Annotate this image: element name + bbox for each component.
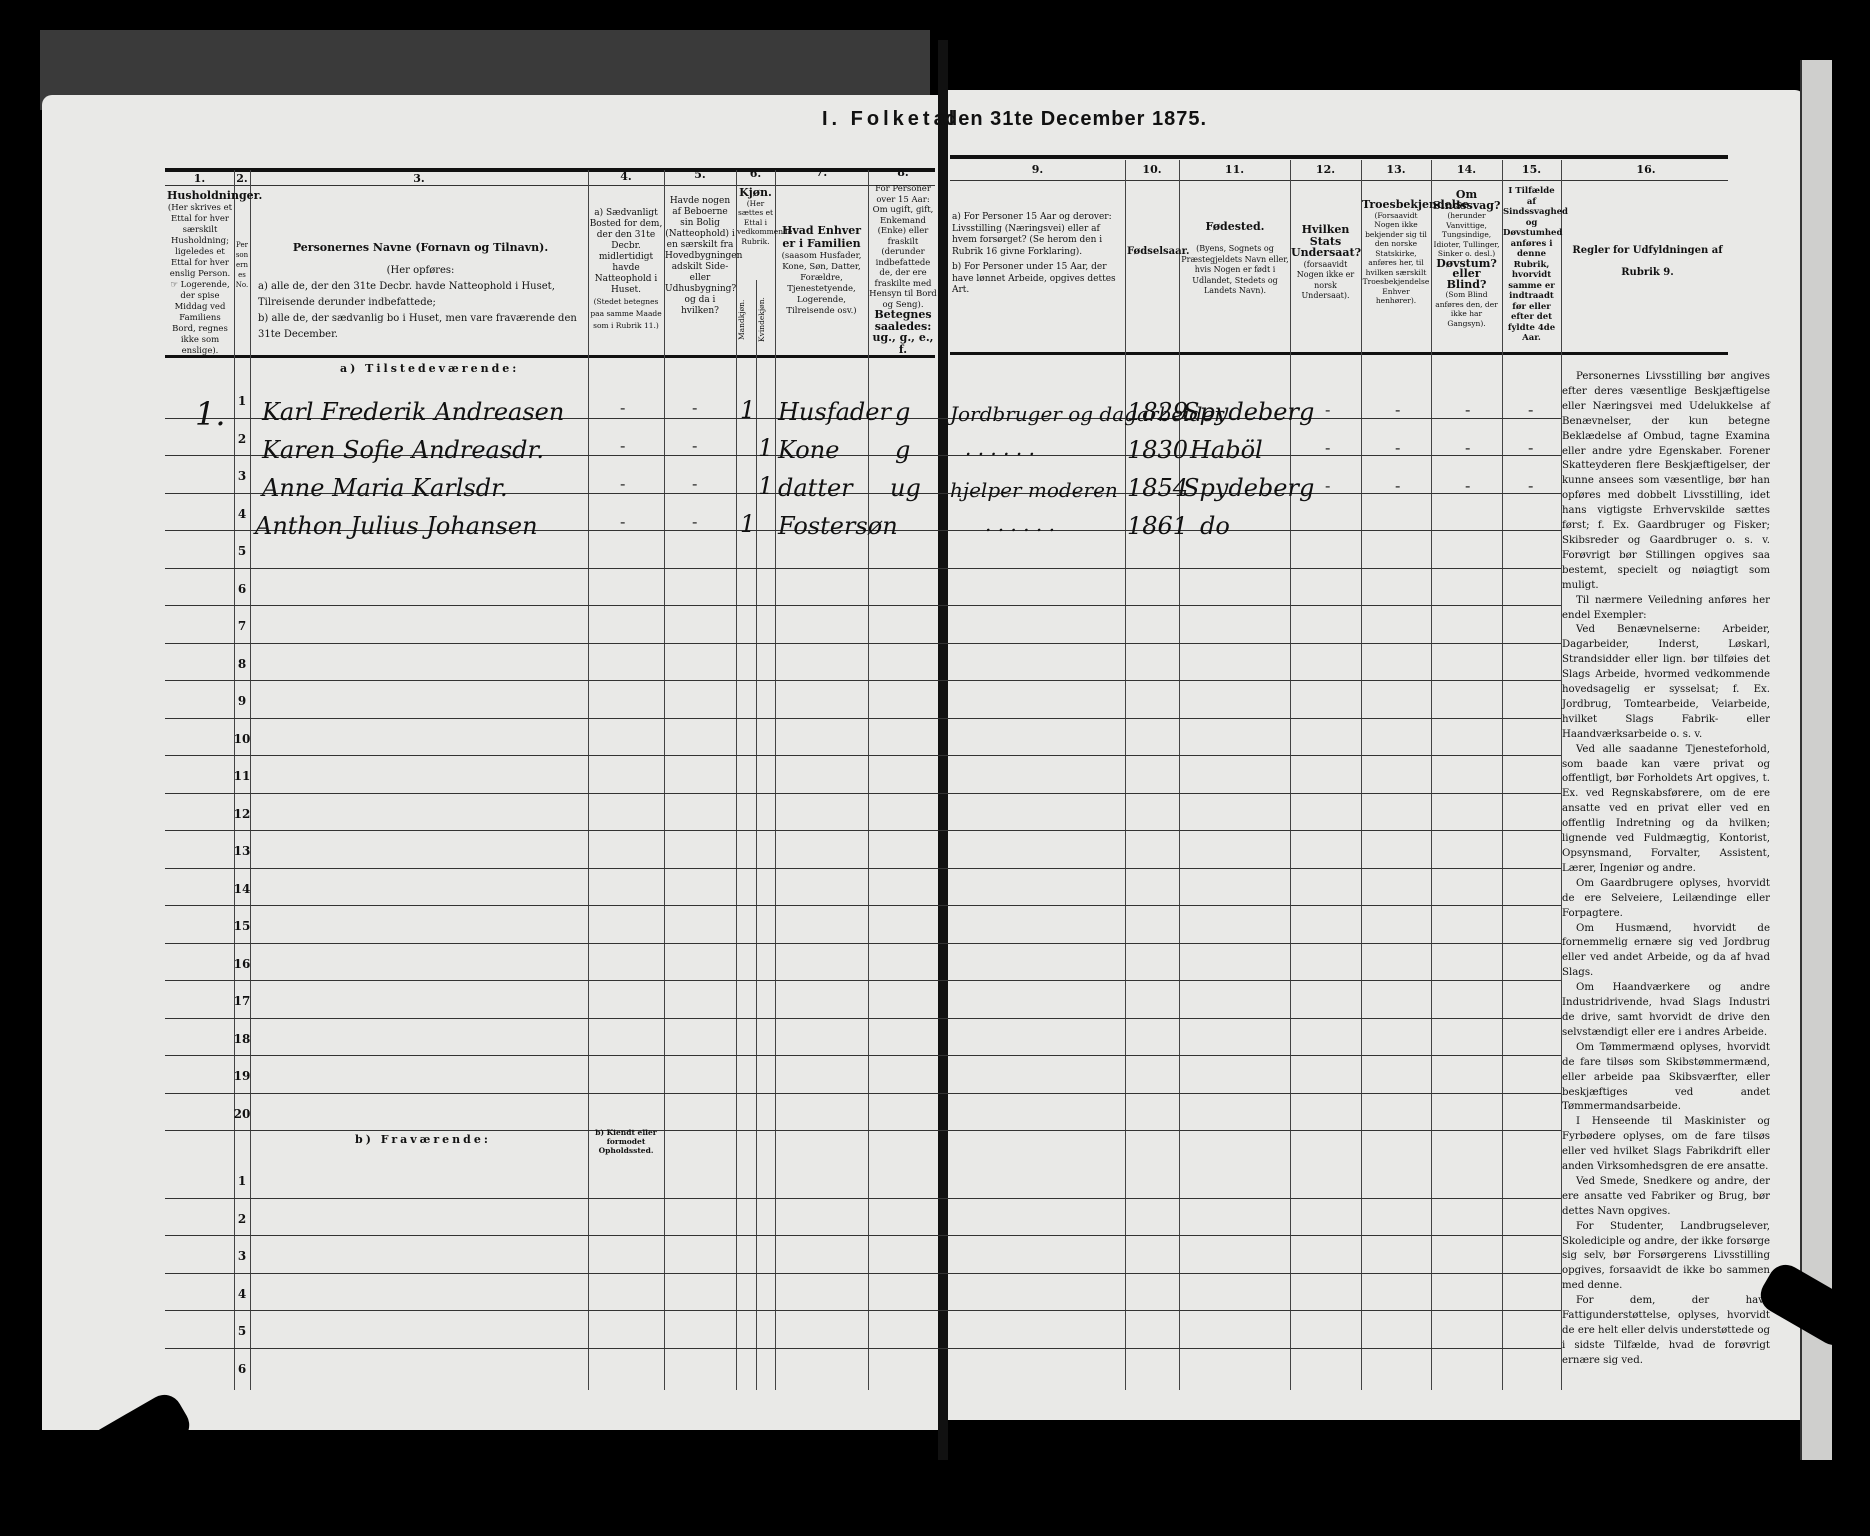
- row-rule: [165, 755, 1561, 756]
- birth-year: 1829: [1127, 398, 1188, 426]
- header-col3: Personernes Navne (Fornavn og Tilnavn). …: [258, 240, 583, 343]
- row-number: 18: [232, 1032, 252, 1046]
- header-col3-title: Personernes Navne (Fornavn og Tilnavn).: [293, 241, 548, 254]
- row-number: 13: [232, 844, 252, 858]
- header-col11: Fødested. (Byens, Sognets og Præstegjeld…: [1181, 222, 1289, 297]
- occupation: . . . . . .: [985, 512, 1055, 536]
- absent-row-number: 6: [232, 1362, 252, 1376]
- birthplace: Haböl: [1190, 436, 1263, 464]
- column-number-11: 11.: [1179, 163, 1290, 176]
- male-mark: 1: [740, 510, 755, 538]
- row-number: 2: [232, 432, 252, 446]
- row-rule: [165, 643, 1561, 644]
- row-number: 17: [232, 994, 252, 1008]
- header-col8: For Personer over 15 Aar: Om ugift, gift…: [869, 184, 937, 356]
- book-gutter: [938, 40, 948, 1460]
- column-number-12: 12.: [1290, 163, 1361, 176]
- regler-paragraph: Til nærmere Veiledning anføres her endel…: [1562, 594, 1770, 624]
- column-number-8: 8.: [868, 166, 938, 179]
- col12-value: -: [1325, 476, 1330, 495]
- header-col6: Kjøn. (Her sættes et Ettal i vedkommende…: [737, 188, 774, 246]
- col-divider-12: [1361, 160, 1362, 1390]
- col-divider-6: [775, 170, 776, 1390]
- row-number: 16: [232, 957, 252, 971]
- regler-paragraph: For dem, der have Fattigunderstøttelse, …: [1562, 1294, 1770, 1369]
- column-number-13: 13.: [1361, 163, 1431, 176]
- regler-paragraph: Ved Smede, Snedkere og andre, der ere an…: [1562, 1175, 1770, 1220]
- col13-value: -: [1395, 476, 1400, 495]
- col-divider-3: [588, 170, 589, 1390]
- title-left: I. Folketal: [822, 108, 958, 131]
- col5-value: -: [692, 436, 697, 455]
- colnum-rule-right: [950, 180, 1728, 181]
- row-rule: [165, 1055, 1561, 1056]
- person-name: Anne Maria Karlsdr.: [262, 474, 508, 502]
- header-col6-male: Mandkjøn.: [736, 290, 756, 350]
- marital-status: g: [895, 398, 910, 426]
- col4-value: -: [620, 398, 625, 417]
- column-number-9: 9.: [950, 163, 1125, 176]
- marital-status: ug: [890, 474, 921, 502]
- header-col3-a: a) alle de, der den 31te Decbr. havde Na…: [258, 279, 583, 311]
- row-rule: [165, 605, 1561, 606]
- row-rule: [165, 568, 1561, 569]
- col15-value: -: [1528, 438, 1533, 457]
- regler-paragraph: Personernes Livsstilling bør angives eft…: [1562, 370, 1770, 594]
- col-divider-6a: [756, 280, 757, 1390]
- absent-row-rule: [165, 1310, 1561, 1311]
- row-number: 8: [232, 657, 252, 671]
- col5-value: -: [692, 474, 697, 493]
- header-col1-title: Husholdninger.: [167, 189, 262, 202]
- col-divider-10: [1179, 160, 1180, 1390]
- regler-paragraph: For Studenter, Landbrugselever, Skoledic…: [1562, 1220, 1770, 1295]
- header-col2: Personernes No.: [235, 240, 249, 290]
- header-col16: Regler for Udfyldningen af Rubrik 9.: [1570, 240, 1725, 284]
- absent-row-number: 1: [232, 1174, 252, 1188]
- row-number: 12: [232, 807, 252, 821]
- male-mark: 1: [740, 396, 755, 424]
- absent-row-number: 2: [232, 1212, 252, 1226]
- column-number-1: 1.: [165, 172, 234, 185]
- row-number: 15: [232, 919, 252, 933]
- header-col3-b: b) alle de, der sædvanlig bo i Huset, me…: [258, 311, 583, 343]
- row-number: 10: [232, 732, 252, 746]
- header-col11-text: (Byens, Sognets og Præstegjeldets Navn e…: [1181, 244, 1288, 295]
- column-number-3: 3.: [250, 172, 588, 185]
- row-rule: [165, 943, 1561, 944]
- occupation: . . . . . .: [965, 436, 1035, 460]
- col-divider-13: [1431, 160, 1432, 1390]
- row-rule: [165, 1130, 1561, 1131]
- column-number-4: 4.: [588, 170, 664, 183]
- col-divider-14: [1502, 160, 1503, 1390]
- col4-value: -: [620, 436, 625, 455]
- header-col9-a: a) For Personer 15 Aar og derover: Livss…: [952, 212, 1122, 258]
- row-rule: [165, 980, 1561, 981]
- header-col7: Hvad Enhver er i Familien (saasom Husfad…: [776, 225, 867, 317]
- page-stack-edge: [1800, 60, 1832, 1460]
- row-number: 20: [232, 1107, 252, 1121]
- col-divider-5: [736, 170, 737, 1390]
- regler-paragraph: Ved alle saadanne Tjenesteforhold, som b…: [1562, 743, 1770, 877]
- birthplace: Spydeberg: [1183, 474, 1314, 502]
- absent-row-rule: [165, 1273, 1561, 1274]
- header-col15: I Tilfælde af Sindssvaghed og Døvstumhed…: [1503, 186, 1560, 344]
- column-number-10: 10.: [1125, 163, 1179, 176]
- col14-value: -: [1465, 400, 1470, 419]
- header-col9: a) For Personer 15 Aar og derover: Livss…: [952, 212, 1122, 297]
- header-col14-note: (Som Blind anføres den, der ikke har Gan…: [1435, 290, 1498, 328]
- female-mark: 1: [758, 434, 773, 462]
- row-number: 9: [232, 694, 252, 708]
- column-number-15: 15.: [1502, 163, 1561, 176]
- birth-year: 1830: [1127, 436, 1188, 464]
- header-bottom-rule-left: [165, 355, 935, 358]
- header-col13: Troesbekjendelse. (Forsaavidt Nogen ikke…: [1362, 200, 1430, 306]
- column-number-7: 7.: [775, 166, 868, 179]
- regler-paragraph: Om Haandværkere og andre Industridrivend…: [1562, 981, 1770, 1041]
- absent-row-number: 5: [232, 1324, 252, 1338]
- header-col6-title: Kjøn.: [739, 186, 772, 199]
- row-rule: [165, 830, 1561, 831]
- family-role: datter: [778, 474, 853, 502]
- col13-value: -: [1395, 400, 1400, 419]
- header-top-rule-right: [950, 155, 1728, 159]
- header-col7-title: Hvad Enhver er i Familien: [782, 224, 861, 250]
- row-rule: [165, 868, 1561, 869]
- absent-row-rule: [165, 1235, 1561, 1236]
- col12-value: -: [1325, 400, 1330, 419]
- col-divider-4: [664, 170, 665, 1390]
- row-number: 3: [232, 469, 252, 483]
- female-mark: 1: [758, 472, 773, 500]
- header-col7-text: (saasom Husfader, Kone, Søn, Datter, For…: [782, 251, 862, 316]
- family-role: Husfader: [778, 398, 891, 426]
- absent-row-number: 3: [232, 1249, 252, 1263]
- family-role: Fostersøn: [778, 512, 898, 540]
- row-rule: [165, 1093, 1561, 1094]
- person-name: Karen Sofie Andreasdr.: [262, 436, 544, 464]
- header-col5: Havde nogen af Beboerne sin Bolig (Natte…: [665, 196, 735, 317]
- section-absent-label: b) Fraværende:: [355, 1133, 491, 1146]
- col14-value: -: [1465, 438, 1470, 457]
- col15-value: -: [1528, 400, 1533, 419]
- person-name: Anthon Julius Johansen: [255, 512, 538, 540]
- regler-paragraph: I Henseende til Maskinister og Fyrbødere…: [1562, 1115, 1770, 1175]
- row-number: 19: [232, 1069, 252, 1083]
- section-present-label: a) Tilstedeværende:: [340, 362, 519, 375]
- column-number-16: 16.: [1561, 163, 1731, 176]
- col13-value: -: [1395, 438, 1400, 457]
- header-col14-title2: Døvstum? eller Blind?: [1436, 257, 1497, 291]
- column-number-6: 6.: [736, 167, 775, 180]
- row-number: 7: [232, 619, 252, 633]
- col4-value: -: [620, 474, 625, 493]
- row-number: 5: [232, 544, 252, 558]
- column-number-5: 5.: [664, 168, 736, 181]
- household-number: 1.: [195, 395, 226, 433]
- header-col14: Om Sindssvag? (herunder Vanvittige, Tung…: [1432, 190, 1501, 328]
- col5-value: -: [692, 512, 697, 531]
- absent-col4-label: b) Kiendt eller formodet Opholdssted.: [590, 1128, 662, 1155]
- birthplace: do: [1200, 512, 1230, 540]
- title-right: den 31te December 1875.: [945, 108, 1207, 131]
- header-col12: Hvilken Stats Undersaat? (forsaavidt Nog…: [1291, 225, 1360, 302]
- column-number-2: 2.: [234, 172, 250, 185]
- absent-row-rule: [165, 1198, 1561, 1199]
- col5-value: -: [692, 398, 697, 417]
- family-role: Kone: [778, 436, 839, 464]
- header-col9-b: b) For Personer under 15 Aar, der have l…: [952, 262, 1122, 297]
- col-divider-11: [1290, 160, 1291, 1390]
- row-number: 14: [232, 882, 252, 896]
- row-number: 11: [232, 769, 252, 783]
- regler-text: Personernes Livsstilling bør angives eft…: [1562, 370, 1770, 1369]
- regler-paragraph: Ved Benævnelserne: Arbeider, Dagarbeider…: [1562, 623, 1770, 742]
- header-col1-note: ☞ Logerende, der spise Middag ved Famili…: [170, 280, 229, 356]
- header-col1: Husholdninger. (Her skrives et Ettal for…: [167, 190, 233, 357]
- header-col14-title: Om Sindssvag?: [1433, 188, 1501, 212]
- regler-paragraph: Om Tømmermænd oplyses, hvorvidt de fare …: [1562, 1041, 1770, 1116]
- regler-paragraph: Om Gaardbrugere oplyses, hvorvidt de ere…: [1562, 877, 1770, 922]
- col-divider-9: [1125, 160, 1126, 1390]
- header-bottom-rule-right: [950, 352, 1728, 355]
- row-rule: [165, 718, 1561, 719]
- header-col4-note: (Stedet betegnes paa samme Maade som i R…: [590, 297, 661, 330]
- person-name: Karl Frederik Andreasen: [262, 398, 564, 426]
- col4-value: -: [620, 512, 625, 531]
- header-col13-text: (Forsaavidt Nogen ikke bekjender sig til…: [1363, 211, 1430, 306]
- row-number: 1: [232, 394, 252, 408]
- regler-paragraph: Om Husmænd, hvorvidt de fornemmelig ernæ…: [1562, 922, 1770, 982]
- column-number-14: 14.: [1431, 163, 1502, 176]
- col15-value: -: [1528, 476, 1533, 495]
- header-col3-sub: (Her opføres:: [258, 263, 583, 279]
- header-col12-title: Hvilken Stats Undersaat?: [1291, 223, 1361, 259]
- col12-value: -: [1325, 438, 1330, 457]
- header-col6-female: Kvindekjøn.: [756, 290, 775, 350]
- row-rule: [165, 680, 1561, 681]
- row-rule: [165, 793, 1561, 794]
- col14-value: -: [1465, 476, 1470, 495]
- header-col1-text: (Her skrives et Ettal for hver særskilt …: [168, 203, 232, 279]
- row-number: 4: [232, 507, 252, 521]
- header-col11-title: Fødested.: [1205, 220, 1264, 233]
- marital-status: g: [895, 436, 910, 464]
- header-col4-text: a) Sædvanligt Bosted for dem, der den 31…: [590, 208, 663, 295]
- header-col10: Fødselsaar.: [1127, 240, 1177, 264]
- header-col14-text: (herunder Vanvittige, Tungsindige, Idiot…: [1434, 211, 1500, 258]
- colnum-rule-left: [165, 185, 935, 186]
- header-col12-text: (forsaavidt Nogen ikke er norsk Undersaa…: [1297, 260, 1354, 301]
- birth-year: 1861: [1127, 512, 1188, 540]
- birthplace: Spydeberg: [1183, 398, 1314, 426]
- header-col8-note: Betegnes saaledes: ug., g., e., f.: [872, 308, 933, 356]
- row-rule: [165, 905, 1561, 906]
- birth-year: 1854: [1127, 474, 1188, 502]
- occupation: hjelper moderen: [950, 478, 1118, 502]
- header-col8-text: For Personer over 15 Aar: Om ugift, gift…: [869, 184, 937, 310]
- row-number: 6: [232, 582, 252, 596]
- header-col4: a) Sædvanligt Bosted for dem, der den 31…: [589, 208, 663, 332]
- row-rule: [165, 1018, 1561, 1019]
- absent-row-rule: [165, 1348, 1561, 1349]
- absent-row-number: 4: [232, 1287, 252, 1301]
